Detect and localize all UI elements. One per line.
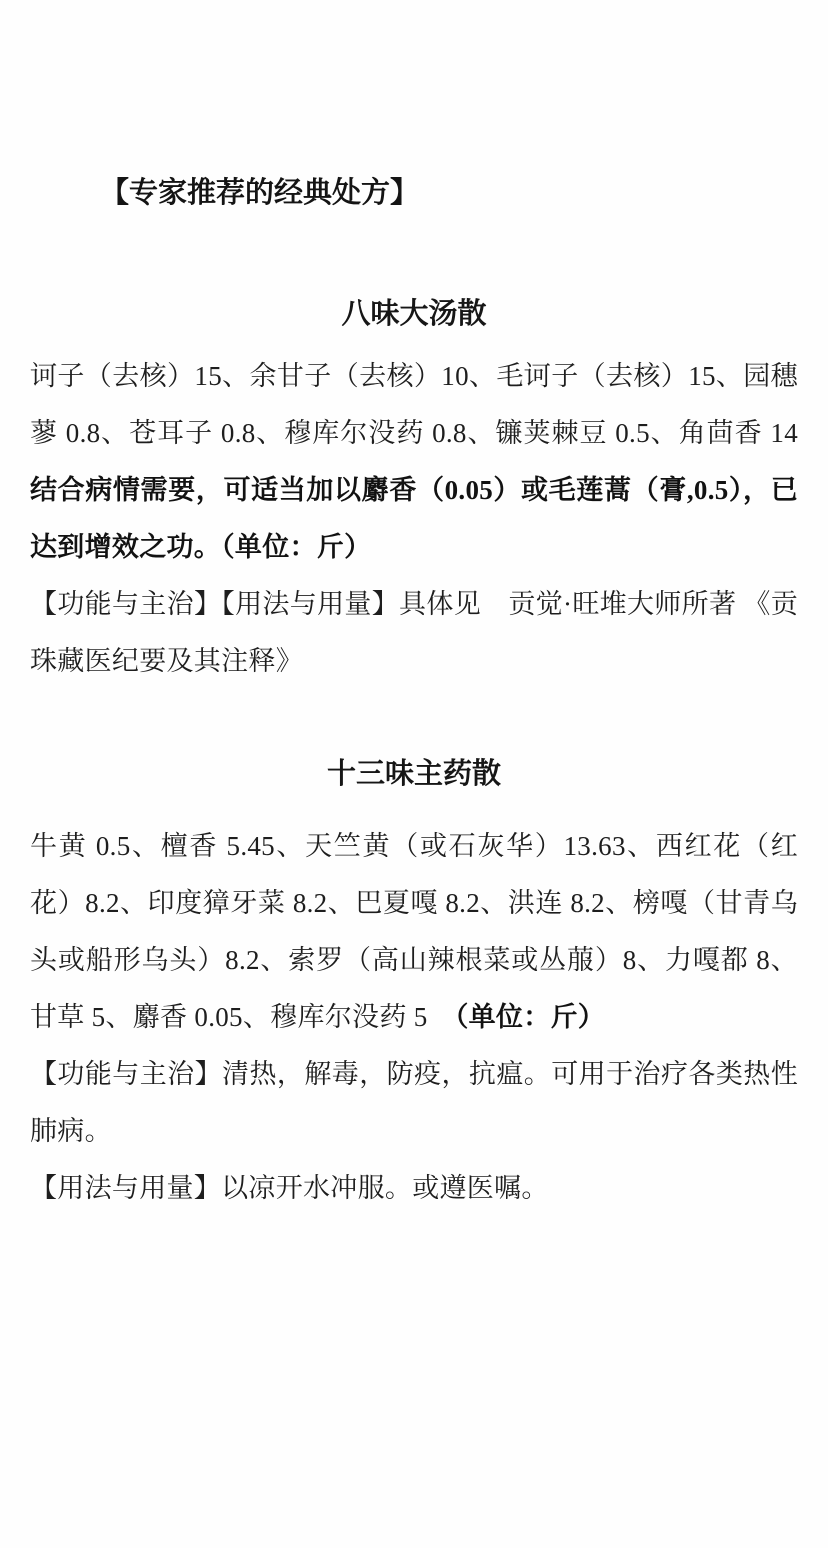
recipe-ingredients-paragraph-2: 牛黄 0.5、檀香 5.45、天竺黄（或石灰华）13.63、西红花（红花）8.2…: [30, 818, 798, 1046]
recipe-ingredients-paragraph-1: 诃子（去核）15、余甘子（去核）10、毛诃子（去核）15、园穗蓼 0.8、苍耳子…: [30, 348, 798, 576]
ingredients-bold-note-2: （单位：斤）: [455, 1002, 605, 1032]
ingredients-bold-note-1: 结合病情需要，可适当加以麝香（0.05）或毛莲蒿（膏,0.5），已达到增效之功。…: [30, 475, 798, 562]
document-body: { "title": "【专家推荐的经典处方】", "sections": [ …: [0, 0, 828, 1548]
ingredients-text-2: 牛黄 0.5、檀香 5.45、天竺黄（或石灰华）13.63、西红花（红花）8.2…: [30, 831, 798, 1032]
ingredients-gap-2: [428, 1002, 455, 1032]
ingredients-gap-1: [798, 418, 825, 448]
recipe-function-note-2: 【功能与主治】清热，解毒，防疫，抗瘟。可用于治疗各类热性肺病。: [30, 1046, 798, 1160]
recipe-heading-2: 十三味主药散: [0, 754, 828, 794]
ingredients-text-1: 诃子（去核）15、余甘子（去核）10、毛诃子（去核）15、园穗蓼 0.8、苍耳子…: [30, 361, 798, 448]
document-page: 【专家推荐的经典处方】 八味大汤散 诃子（去核）15、余甘子（去核）10、毛诃子…: [0, 0, 828, 1548]
recipe-usage-note-2: 【用法与用量】以凉开水冲服。或遵医嘱。: [30, 1160, 798, 1217]
recipe-heading-1: 八味大汤散: [0, 294, 828, 334]
recipe-function-usage-note-1: 【功能与主治】【用法与用量】具体见 贡觉·旺堆大师所著 《贡珠藏医纪要及其注释》: [30, 576, 798, 690]
recipe-section-bawei-datang-san: 八味大汤散 诃子（去核）15、余甘子（去核）10、毛诃子（去核）15、园穗蓼 0…: [0, 294, 828, 690]
page-title: 【专家推荐的经典处方】: [100, 172, 828, 214]
recipe-section-shisanwei-zhuyao-san: 十三味主药散 牛黄 0.5、檀香 5.45、天竺黄（或石灰华）13.63、西红花…: [0, 754, 828, 1217]
